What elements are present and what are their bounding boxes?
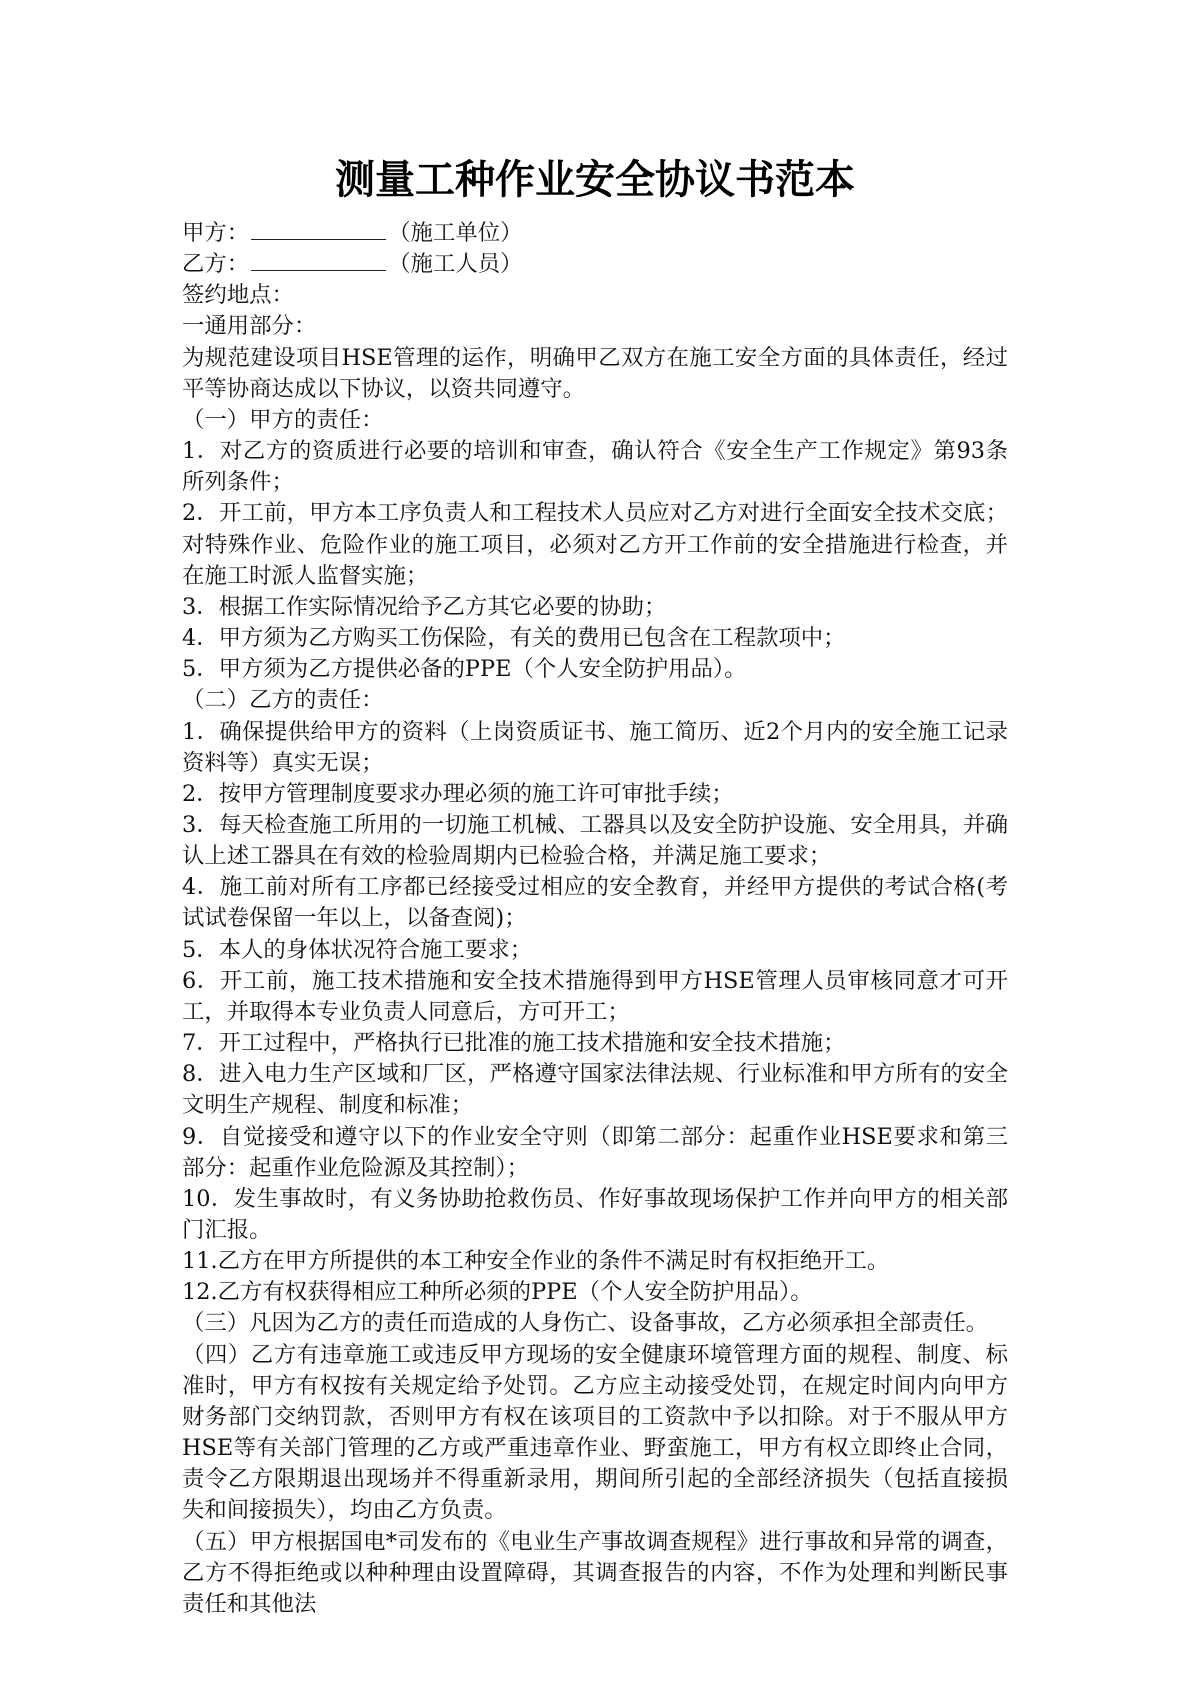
section-general-heading: 一通用部分： [182, 311, 1008, 342]
sign-location: 签约地点： [182, 280, 1008, 311]
party-b-duty-item: 7．开工过程中，严格执行已批准的施工技术措施和安全技术措施； [182, 1028, 1008, 1059]
party-a-duty-item: 5．甲方须为乙方提供必备的PPE（个人安全防护用品）。 [182, 654, 1008, 685]
party-b-blank-field[interactable] [251, 250, 386, 271]
party-b-line: 乙方：（施工人员） [182, 249, 1008, 280]
document-body: 甲方：（施工单位） 乙方：（施工人员） 签约地点： 一通用部分： 为规范建设项目… [182, 218, 1008, 1620]
party-b-duties-heading: （二）乙方的责任： [182, 685, 1008, 716]
party-a-duty-item: 4．甲方须为乙方购买工伤保险，有关的费用已包含在工程款项中； [182, 623, 1008, 654]
party-b-duty-item: 5．本人的身体状况符合施工要求； [182, 935, 1008, 966]
document-title: 测量工种作业安全协议书范本 [0, 150, 1190, 210]
intro-paragraph: 为规范建设项目HSE管理的运作，明确甲乙双方在施工安全方面的具体责任，经过平等协… [182, 343, 1008, 405]
party-a-label: 甲方： [182, 220, 249, 246]
party-b-duty-item: 8．进入电力生产区域和厂区，严格遵守国家法律法规、行业标准和甲方所有的安全文明生… [182, 1059, 1008, 1121]
clause-3: （三）凡因为乙方的责任而造成的人身伤亡、设备事故，乙方必须承担全部责任。 [182, 1308, 1008, 1339]
document-page: 测量工种作业安全协议书范本 甲方：（施工单位） 乙方：（施工人员） 签约地点： … [0, 0, 1190, 1683]
party-a-blank-field[interactable] [251, 219, 386, 240]
party-b-duty-item: 9．自觉接受和遵守以下的作业安全守则（即第二部分：起重作业HSE要求和第三部分：… [182, 1122, 1008, 1184]
party-b-duty-item: 3．每天检查施工所用的一切施工机械、工器具以及安全防护设施、安全用具，并确认上述… [182, 810, 1008, 872]
party-b-duty-item: 2．按甲方管理制度要求办理必须的施工许可审批手续； [182, 779, 1008, 810]
party-b-duty-item: 4．施工前对所有工序都已经接受过相应的安全教育，并经甲方提供的考试合格(考试试卷… [182, 872, 1008, 934]
party-a-duties-heading: （一）甲方的责任： [182, 405, 1008, 436]
party-b-note: （施工人员） [388, 251, 522, 277]
clause-5: （五）甲方根据国电*司发布的《电业生产事故调查规程》进行事故和异常的调查，乙方不… [182, 1527, 1008, 1620]
clause-4: （四）乙方有违章施工或违反甲方现场的安全健康环境管理方面的规程、制度、标准时，甲… [182, 1340, 1008, 1527]
party-a-duty-item: 3．根据工作实际情况给予乙方其它必要的协助； [182, 592, 1008, 623]
party-b-label: 乙方： [182, 251, 249, 277]
party-b-duty-item: 10．发生事故时，有义务协助抢救伤员、作好事故现场保护工作并向甲方的相关部门汇报… [182, 1184, 1008, 1246]
party-b-duty-item: 12.乙方有权获得相应工种所必须的PPE（个人安全防护用品）。 [182, 1277, 1008, 1308]
party-b-duty-item: 1．确保提供给甲方的资料（上岗资质证书、施工简历、近2个月内的安全施工记录资料等… [182, 717, 1008, 779]
party-a-line: 甲方：（施工单位） [182, 218, 1008, 249]
party-a-duty-item: 1．对乙方的资质进行必要的培训和审查，确认符合《安全生产工作规定》第93条所列条… [182, 436, 1008, 498]
party-a-duty-item: 2．开工前，甲方本工序负责人和工程技术人员应对乙方对进行全面安全技术交底；对特殊… [182, 498, 1008, 591]
party-b-duty-item: 11.乙方在甲方所提供的本工种安全作业的条件不满足时有权拒绝开工。 [182, 1246, 1008, 1277]
party-a-note: （施工单位） [388, 220, 522, 246]
party-b-duty-item: 6．开工前，施工技术措施和安全技术措施得到甲方HSE管理人员审核同意才可开工，并… [182, 966, 1008, 1028]
